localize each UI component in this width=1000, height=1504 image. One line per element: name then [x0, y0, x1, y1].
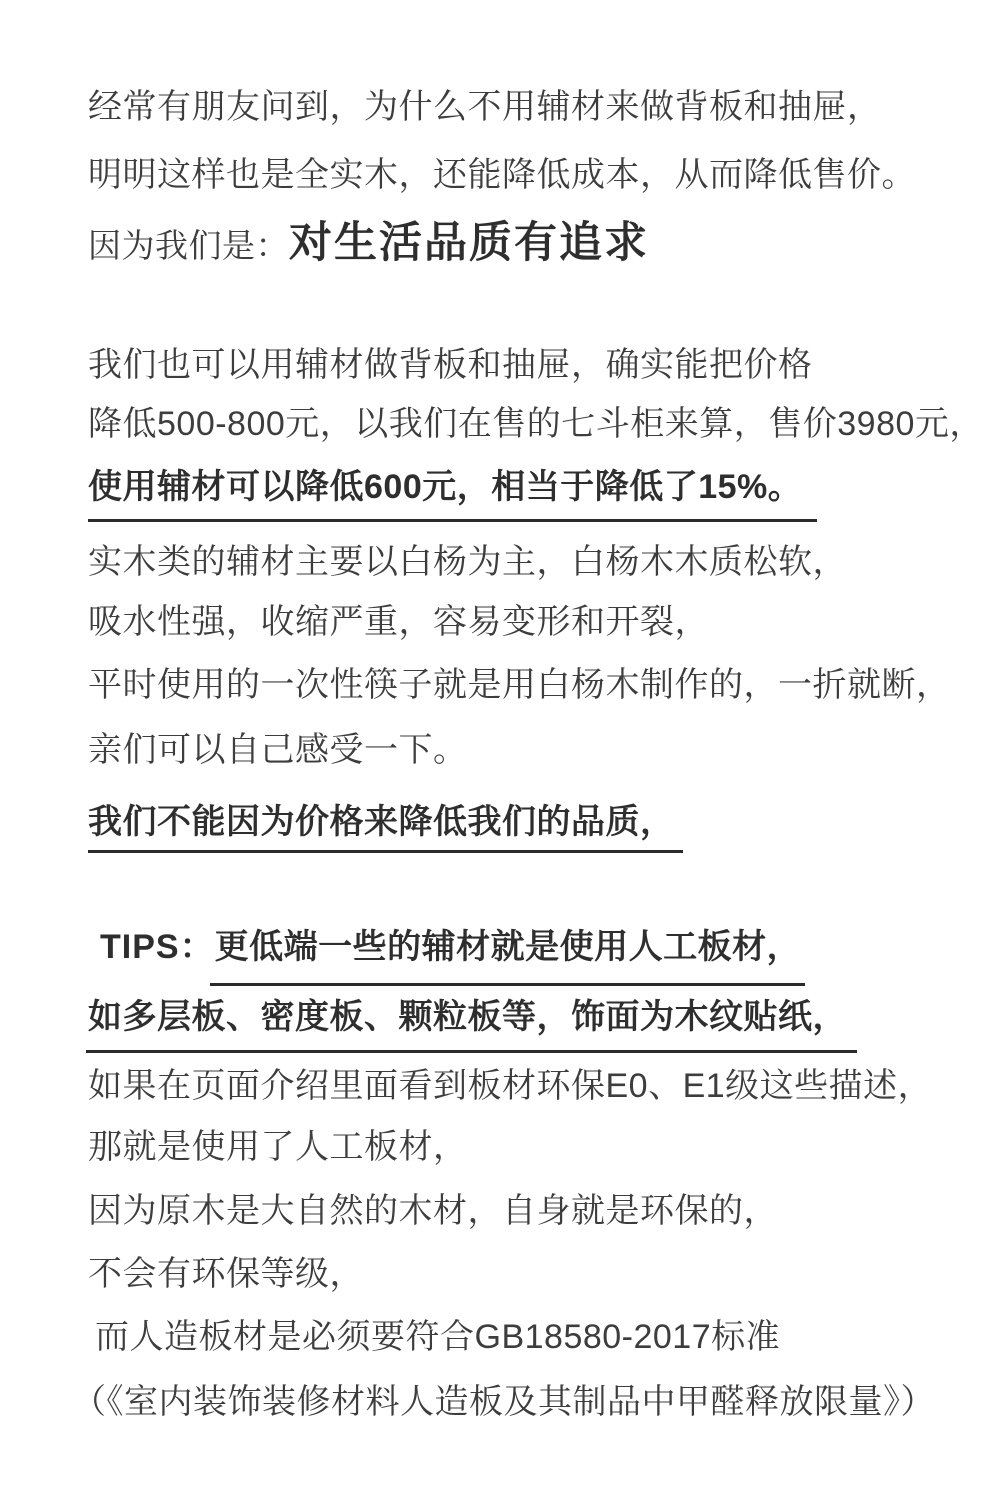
underline-price-statement [88, 519, 817, 522]
tips-label: TIPS： [100, 928, 215, 966]
product-description-text-section: 经常有朋友问到，为什么不用辅材来做背板和抽屉， 明明这样也是全实木，还能降低成本… [0, 0, 1000, 1504]
tips-line1-text: 更低端一些的辅材就是使用人工板材， [215, 928, 802, 966]
underline-tips-line2 [86, 1050, 857, 1053]
para3-line1: 实木类的辅材主要以白杨为主，白杨木木质松软， [88, 545, 847, 579]
para1-line1: 经常有朋友问到，为什么不用辅材来做背板和抽屉， [88, 90, 882, 124]
para3-line2: 吸水性强，收缩严重，容易变形和开裂， [88, 605, 709, 639]
para3-line3: 平时使用的一次性筷子就是用白杨木制作的，一折就断， [88, 668, 951, 702]
para1-line2: 明明这样也是全实木，还能降低成本，从而降低售价。 [88, 158, 916, 192]
para3-line4: 亲们可以自己感受一下。 [88, 733, 468, 767]
underline-tips-line1 [210, 983, 805, 986]
para3-line5-emphasized: 我们不能因为价格来降低我们的品质， [88, 805, 675, 839]
para1-line3-prefix: 因为我们是： [88, 227, 289, 264]
tips-line1: TIPS：更低端一些的辅材就是使用人工板材， [100, 930, 801, 964]
para4-line6: （《室内装饰装修材料人造板及其制品中甲醛释放限量》） [72, 1385, 935, 1419]
para2-line1: 我们也可以用辅材做背板和抽屉，确实能把价格 [88, 348, 813, 382]
tips-line2: 如多层板、密度板、颗粒板等，饰面为木纹贴纸， [88, 1000, 847, 1034]
para2-line2: 降低500-800元，以我们在售的七斗柜来算，售价3980元， [88, 407, 984, 441]
para1-line3: 因为我们是：对生活品质有追求 [88, 222, 649, 265]
para2-line3-emphasized: 使用辅材可以降低600元，相当于降低了15%。 [88, 470, 802, 504]
underline-quality-statement [88, 850, 683, 853]
para4-line2: 那就是使用了人工板材， [88, 1130, 468, 1164]
para4-line5: 而人造板材是必须要符合GB18580-2017标准 [95, 1320, 780, 1354]
para4-line4: 不会有环保等级， [88, 1257, 364, 1291]
para4-line1: 如果在页面介绍里面看到板材环保E0、E1级这些描述， [88, 1069, 932, 1103]
para1-line3-emphasis: 对生活品质有追求 [289, 219, 649, 267]
para4-line3: 因为原木是大自然的木材，自身就是环保的， [88, 1194, 778, 1228]
